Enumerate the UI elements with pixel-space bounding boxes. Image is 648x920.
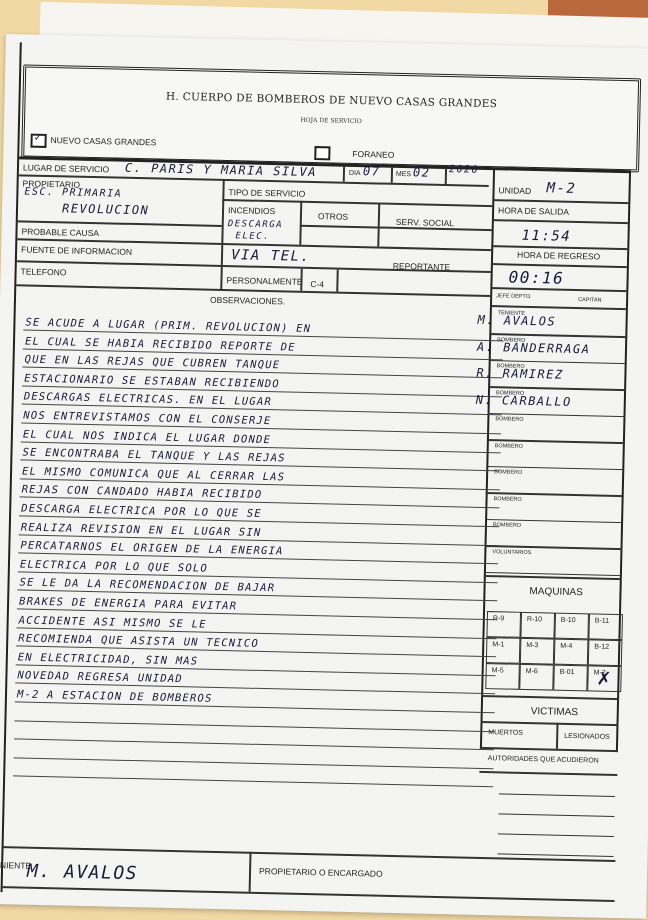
signature-teniente: M. AVALOS <box>27 861 138 885</box>
personal-role: BOMBERO <box>494 469 522 476</box>
label-hora-de-salida: HORA DE SALIDA <box>498 205 569 217</box>
value-personalmente: C-4 <box>310 279 324 289</box>
value-fuente-de-informacion: VIA TEL. <box>231 247 311 265</box>
value-unidad: M-2 <box>546 180 576 197</box>
maquina-cell: B-11 <box>588 613 623 640</box>
label-telefono: TELEFONO <box>21 266 67 277</box>
checkbox-nuevo-casas-grandes[interactable] <box>30 134 46 148</box>
value-propietario-line2: REVOLUCION <box>62 201 150 217</box>
personal-name: A. BANDERRAGA <box>477 339 591 356</box>
maquina-cell: R-9 <box>486 611 521 638</box>
label-personalmente: PERSONALMENTE <box>226 275 302 287</box>
label-mes: MES <box>396 171 411 178</box>
personal-name: N. CARBALLO <box>476 392 572 408</box>
value-ano: 2020 <box>449 164 479 176</box>
marked-icon: ✗ <box>596 669 612 690</box>
maquina-cell: B-10 <box>554 613 589 640</box>
label-jefe-depto: JEFE DEPTO. <box>496 293 531 300</box>
personal-role: BOMBERO <box>493 522 521 529</box>
checkbox-foraneo[interactable] <box>314 146 330 160</box>
label-lugar-de-servicio: LUGAR DE SERVICIO <box>23 162 110 174</box>
personal-name: R. RAMIREZ <box>476 366 564 382</box>
label-victimas: VICTIMAS <box>531 706 578 718</box>
maquina-cell: R-10 <box>520 612 555 639</box>
maquina-cell: M-3 <box>520 638 555 665</box>
value-dia: 07 <box>363 164 381 178</box>
value-incendios-line2: ELEC. <box>235 231 270 242</box>
label-observaciones: OBSERVACIONES. <box>210 295 285 307</box>
label-muertos: MUERTOS <box>488 729 523 737</box>
label-nuevo-casas-grandes: NUEVO CASAS GRANDES <box>50 135 156 147</box>
maquina-cell: M-4 <box>554 639 589 666</box>
personal-name: M. AVALOS <box>477 313 556 329</box>
maquina-cell: M-6 <box>519 664 554 691</box>
label-unidad: UNIDAD <box>498 185 531 196</box>
label-lesionados: LESIONADOS <box>564 733 610 741</box>
maquina-cell: M-2✗ <box>587 665 622 692</box>
personal-role: BOMBERO <box>495 443 523 450</box>
personal-role: VOLUNTARIOS <box>492 549 531 556</box>
label-capitan: CAPITAN <box>578 297 602 304</box>
value-hora-de-salida: 11:54 <box>521 228 571 245</box>
label-probable-causa: PROBABLE CAUSA <box>21 226 99 238</box>
label-hora-de-regreso: HORA DE REGRESO <box>517 250 600 262</box>
maquina-cell: M-1 <box>486 637 521 664</box>
label-otros: OTROS <box>318 211 348 222</box>
personal-role: BOMBERO <box>494 496 522 503</box>
value-propietario-line1: ESC. PRIMARIA <box>24 186 122 199</box>
value-mes: 02 <box>413 165 431 179</box>
value-incendios-line1: DESCARGA <box>228 219 284 230</box>
label-dia: DIA <box>349 170 361 177</box>
label-foraneo: FORANEO <box>352 149 394 160</box>
label-tipo-de-servicio: TIPO DE SERVICIO <box>228 187 305 199</box>
personal-role: BOMBERO <box>495 416 523 423</box>
label-maquinas: MAQUINAS <box>529 586 583 598</box>
maquina-cell: M-5 <box>485 663 520 690</box>
service-sheet: H. CUERPO DE BOMBEROS DE NUEVO CASAS GRA… <box>0 34 648 919</box>
form-header: H. CUERPO DE BOMBEROS DE NUEVO CASAS GRA… <box>21 64 641 172</box>
label-incendios: INCENDIOS <box>228 205 275 216</box>
value-hora-de-regreso: 00:16 <box>508 267 564 287</box>
maquina-cell: B-01 <box>553 665 588 692</box>
maquina-cell: B-12 <box>588 639 623 666</box>
form-title: H. CUERPO DE BOMBEROS DE NUEVO CASAS GRA… <box>26 87 638 113</box>
form-subtitle: HOJA DE SERVICIO <box>25 110 637 131</box>
